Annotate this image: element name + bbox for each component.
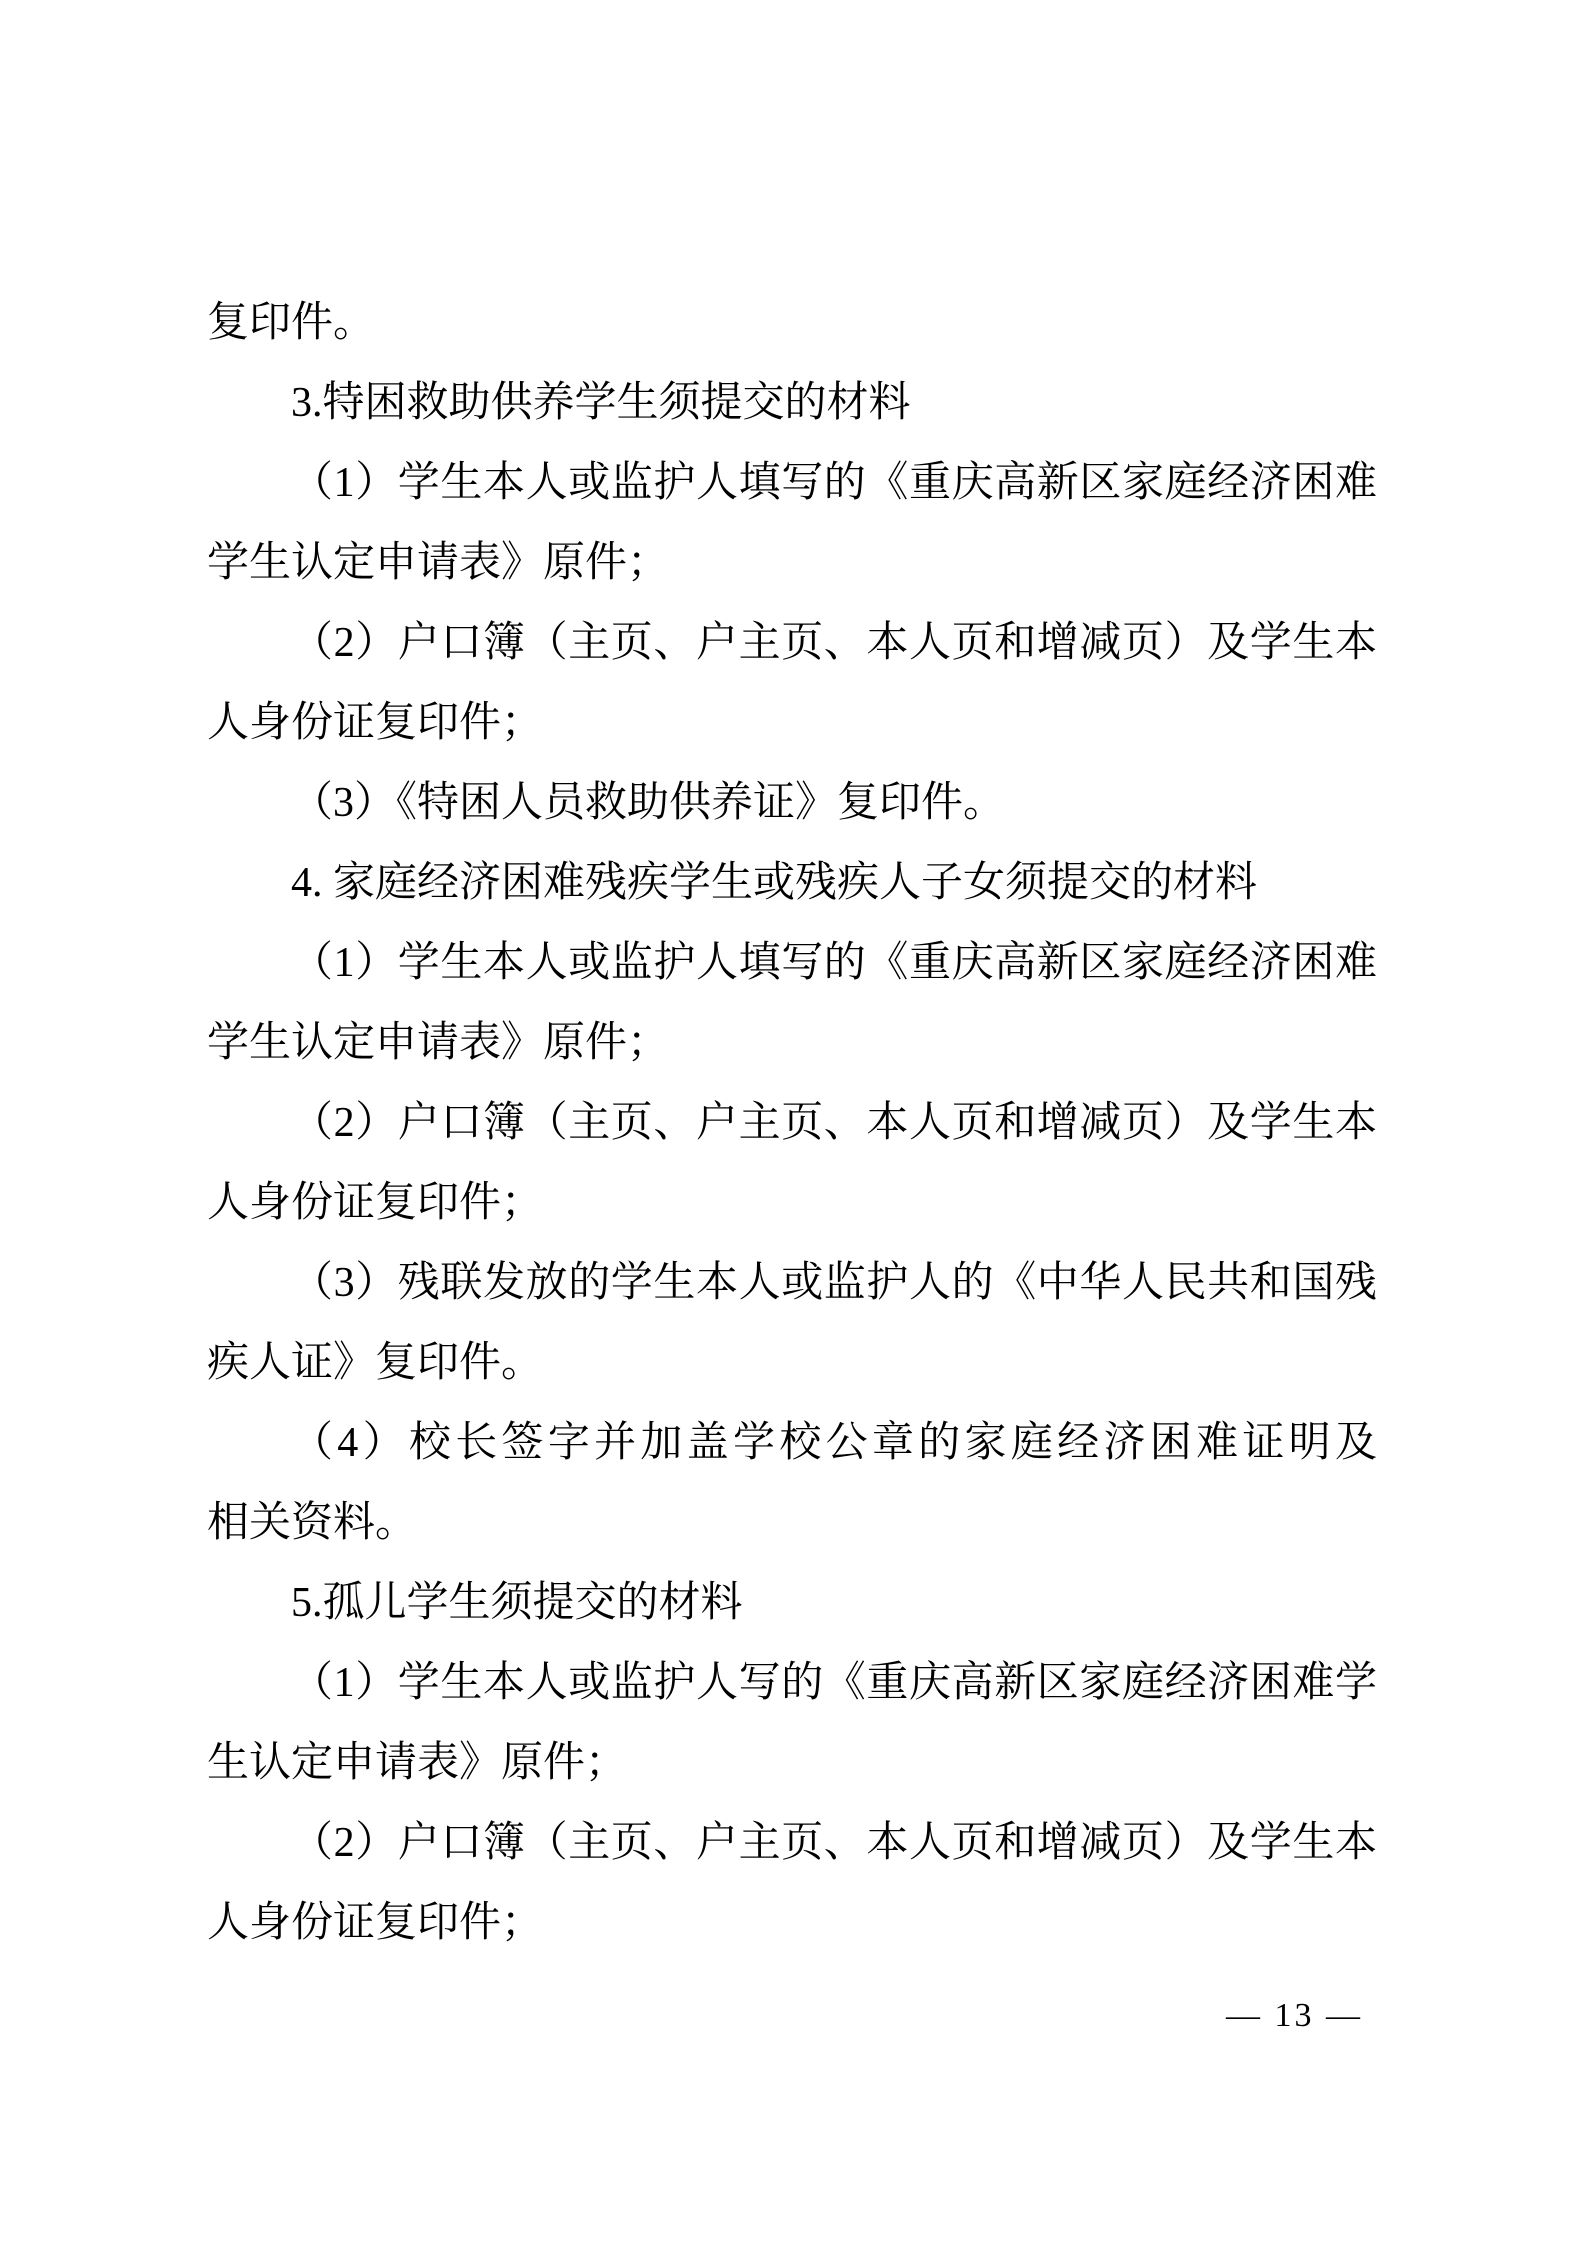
text-line-continuation: 人身份证复印件； — [207, 683, 1377, 763]
page-number: — 13 — — [1226, 1996, 1363, 2036]
document-body: 复印件。 3.特困救助供养学生须提交的材料 （1）学生本人或监护人填写的《重庆高… — [207, 283, 1377, 1963]
text-line-continuation: 复印件。 — [207, 283, 1377, 363]
text-line-item-2: （2）户口簿（主页、户主页、本人页和增减页）及学生本 — [207, 1083, 1377, 1163]
section-5-heading: 5.孤儿学生须提交的材料 — [207, 1563, 1377, 1643]
text-line-item-3: （3）《特困人员救助供养证》复印件。 — [207, 763, 1377, 843]
text-line-item-2: （2）户口簿（主页、户主页、本人页和增减页）及学生本 — [207, 603, 1377, 683]
text-line-item-3: （3）残联发放的学生本人或监护人的《中华人民共和国残 — [207, 1243, 1377, 1323]
text-line-continuation: 相关资料。 — [207, 1483, 1377, 1563]
text-line-continuation: 生认定申请表》原件； — [207, 1723, 1377, 1803]
text-line-item-1: （1）学生本人或监护人写的《重庆高新区家庭经济困难学 — [207, 1643, 1377, 1723]
text-line-continuation: 人身份证复印件； — [207, 1883, 1377, 1963]
text-line-continuation: 疾人证》复印件。 — [207, 1323, 1377, 1403]
text-line-item-2: （2）户口簿（主页、户主页、本人页和增减页）及学生本 — [207, 1803, 1377, 1883]
text-line-continuation: 学生认定申请表》原件； — [207, 523, 1377, 603]
section-4-heading: 4. 家庭经济困难残疾学生或残疾人子女须提交的材料 — [207, 843, 1377, 923]
text-line-continuation: 学生认定申请表》原件； — [207, 1003, 1377, 1083]
document-page: 复印件。 3.特困救助供养学生须提交的材料 （1）学生本人或监护人填写的《重庆高… — [0, 0, 1587, 2245]
text-line-item-1: （1）学生本人或监护人填写的《重庆高新区家庭经济困难 — [207, 443, 1377, 523]
section-3-heading: 3.特困救助供养学生须提交的材料 — [207, 363, 1377, 443]
text-line-item-1: （1）学生本人或监护人填写的《重庆高新区家庭经济困难 — [207, 923, 1377, 1003]
text-line-continuation: 人身份证复印件； — [207, 1163, 1377, 1243]
text-line-item-4: （4）校长签字并加盖学校公章的家庭经济困难证明及 — [207, 1403, 1377, 1483]
